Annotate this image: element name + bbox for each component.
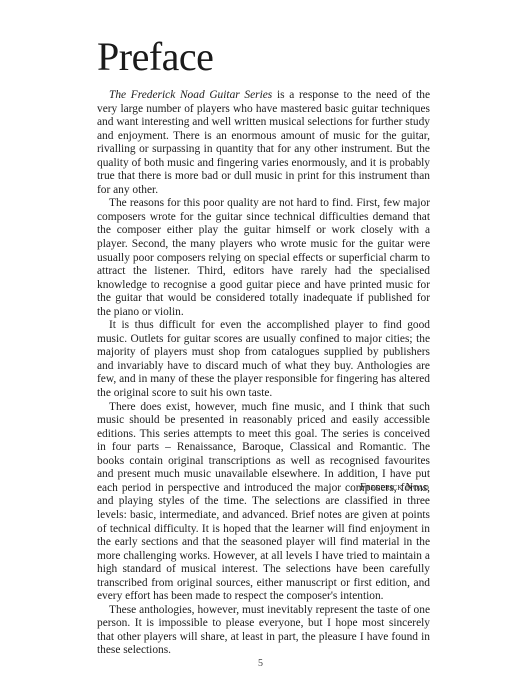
paragraph-1-text: is a response to the need of the very la…: [97, 89, 430, 196]
page-title: Preface: [97, 36, 213, 78]
paragraph-2: The reasons for this poor quality are no…: [97, 197, 430, 319]
paragraph-1: The Frederick Noad Guitar Series is a re…: [97, 89, 430, 197]
preface-body: The Frederick Noad Guitar Series is a re…: [97, 89, 430, 658]
paragraph-3: It is thus difficult for even the accomp…: [97, 319, 430, 400]
page-number: 5: [258, 658, 263, 669]
series-title: The Frederick Noad Guitar Series: [109, 89, 272, 101]
paragraph-4: There does exist, however, much fine mus…: [97, 401, 430, 604]
document-page: Preface The Frederick Noad Guitar Series…: [0, 0, 525, 700]
paragraph-5: These anthologies, however, must inevita…: [97, 604, 430, 658]
author-signature: Frederick Noad: [360, 482, 429, 493]
